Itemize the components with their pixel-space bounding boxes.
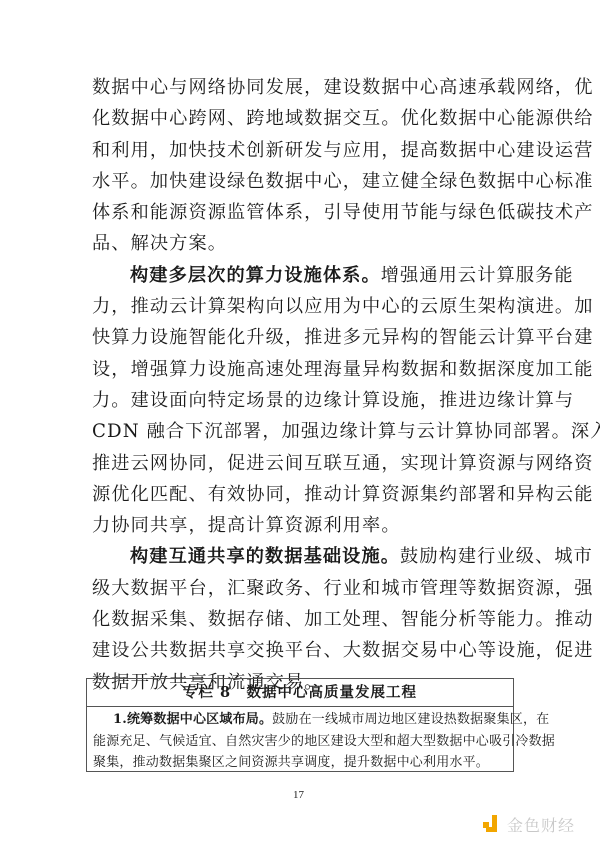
text-run: 鼓励构建行业级、城市 xyxy=(400,546,593,567)
box-item-heading: 1.统筹数据中心区域布局。 xyxy=(113,712,272,727)
paragraph-first-line: 构建多层次的算力设施体系。增强通用云计算服务能 xyxy=(92,260,518,291)
paragraph-heading: 构建互通共享的数据基础设施。 xyxy=(130,546,400,567)
text-line: 快算力设施智能化升级，推进多元异构的智能云计算平台建 xyxy=(92,322,518,353)
paragraph-first-line: 构建互通共享的数据基础设施。鼓励构建行业级、城市 xyxy=(92,541,518,572)
text-line: 和利用，加快技术创新研发与应用，提高数据中心建设运营 xyxy=(92,135,518,166)
text-run: 增强通用云计算服务能 xyxy=(381,265,574,286)
watermark: 金色财经 xyxy=(483,813,575,835)
text-line: 级大数据平台，汇聚政务、行业和城市管理等数据资源，强 xyxy=(92,573,518,604)
text-line: 化数据中心跨网、跨地域数据交互。优化数据中心能源供给 xyxy=(92,103,518,134)
text-line: 化数据采集、数据存储、加工处理、智能分析等能力。推动 xyxy=(92,604,518,635)
text-line: 力。建设面向特定场景的边缘计算设施，推进边缘计算与 xyxy=(92,385,518,416)
text-line: 推进云网协同，促进云间互联互通，实现计算资源与网络资 xyxy=(92,448,518,479)
box-title: 专栏 8 数据中心高质量发展工程 xyxy=(87,679,513,707)
text-line: 力，推动云计算架构向以应用为中心的云原生架构演进。加 xyxy=(92,291,518,322)
text-line: 源优化匹配、有效协同，推动计算资源集约部署和异构云能 xyxy=(92,479,518,510)
box-body: 1.统筹数据中心区域布局。鼓励在一线城市周边地区建设热数据聚集区，在 能源充足、… xyxy=(87,707,513,774)
text-line: 品、解决方案。 xyxy=(92,228,518,259)
box-first-line: 1.统筹数据中心区域布局。鼓励在一线城市周边地区建设热数据聚集区，在 xyxy=(93,709,507,731)
box-text-line: 能源充足、气候适宜、自然灾害少的地区建设大型和超大型数据中心吸引冷数据 xyxy=(93,731,507,753)
box-text-line: 聚集，推动数据集聚区之间资源共享调度，提升数据中心利用水平。 xyxy=(93,752,507,774)
body-text: 数据中心与网络协同发展，建设数据中心高速承载网络，优 化数据中心跨网、跨地域数据… xyxy=(92,72,518,698)
text-line: 体系和能源资源监管体系，引导使用节能与绿色低碳技术产 xyxy=(92,197,518,228)
text-line: 力协同共享，提高计算资源利用率。 xyxy=(92,510,518,541)
document-page: 数据中心与网络协同发展，建设数据中心高速承载网络，优 化数据中心跨网、跨地域数据… xyxy=(0,0,600,848)
text-run: 鼓励在一线城市周边地区建设热数据聚集区，在 xyxy=(272,712,549,727)
page-number: 17 xyxy=(293,789,304,801)
watermark-text: 金色财经 xyxy=(507,813,575,836)
text-line: 数据中心与网络协同发展，建设数据中心高速承载网络，优 xyxy=(92,72,518,103)
brand-logo-icon xyxy=(483,815,501,833)
text-line: 水平。加快建设绿色数据中心，建立健全绿色数据中心标准 xyxy=(92,166,518,197)
text-line: 设，增强算力设施高速处理海量异构数据和数据深度加工能 xyxy=(92,354,518,385)
special-column-box: 专栏 8 数据中心高质量发展工程 1.统筹数据中心区域布局。鼓励在一线城市周边地… xyxy=(86,678,514,772)
text-line: 建设公共数据共享交换平台、大数据交易中心等设施，促进 xyxy=(92,635,518,666)
paragraph-heading: 构建多层次的算力设施体系。 xyxy=(130,265,381,286)
text-line: CDN 融合下沉部署，加强边缘计算与云计算协同部署。深入 xyxy=(92,416,518,447)
